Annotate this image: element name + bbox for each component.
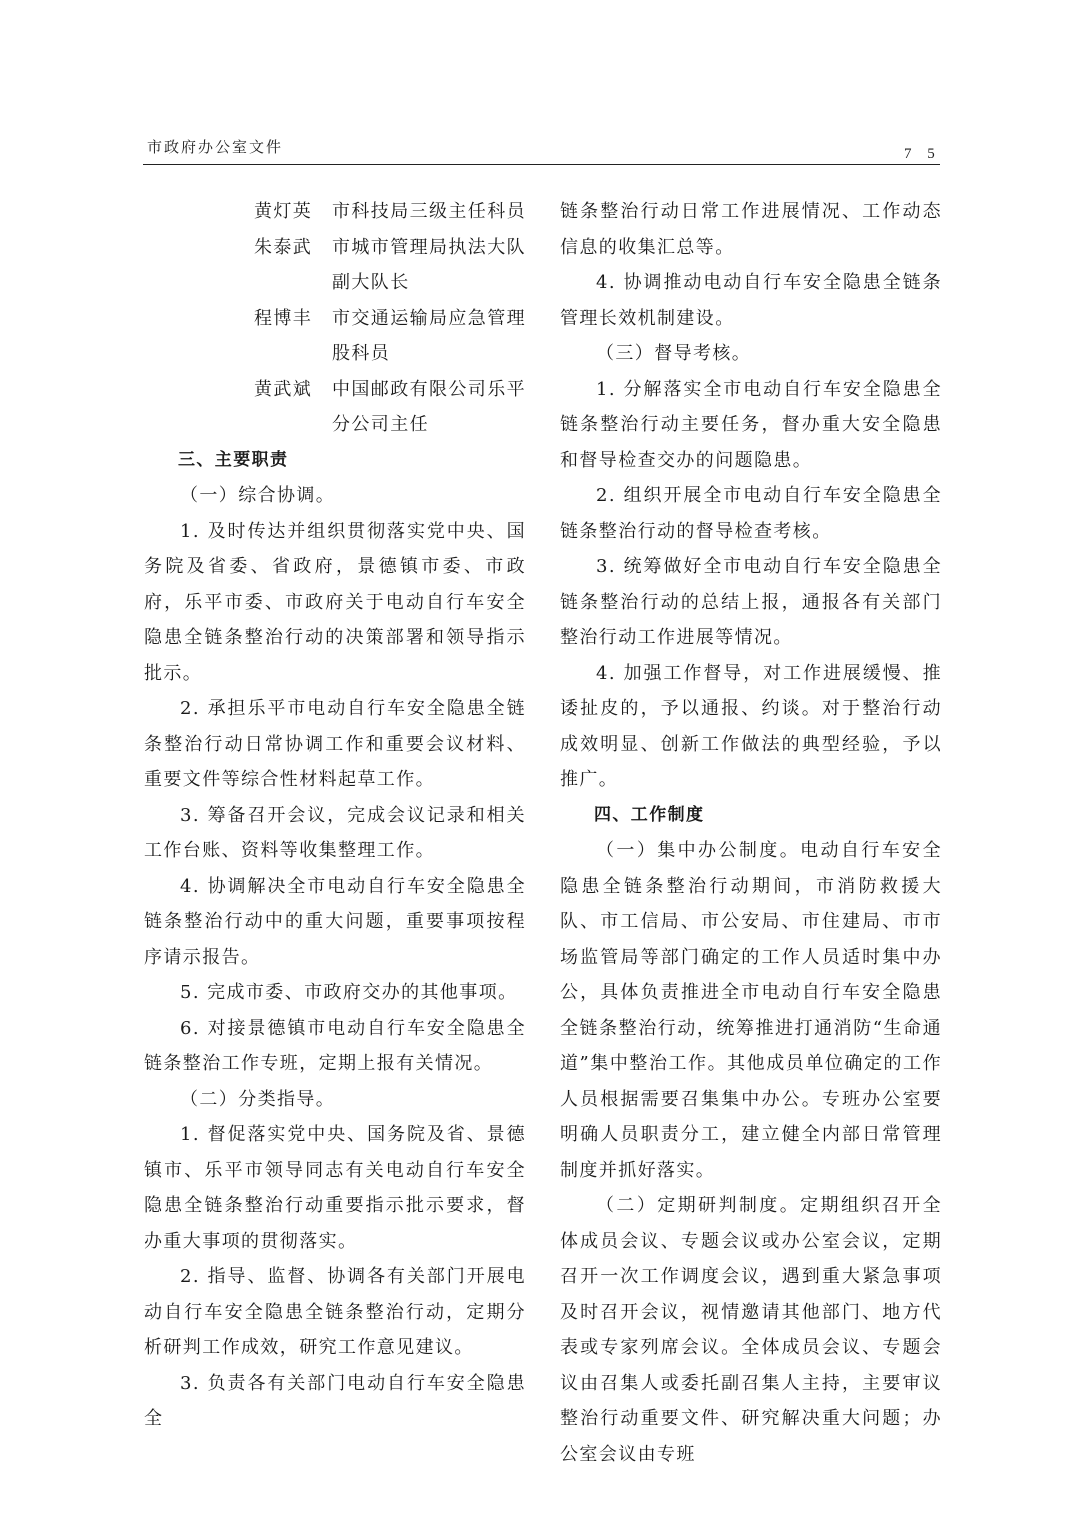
subsection-heading-guidance: （二）分类指导。 [144,1082,526,1118]
section-heading-responsibilities: 三、主要职责 [144,443,526,479]
member-title: 市科技局三级主任科员 [332,194,526,230]
member-name: 朱泰武 [254,230,332,301]
page-number: 7 5 [904,146,941,163]
member-title: 市城市管理局执法大队副大队长 [332,230,526,301]
paragraph: 4. 协调解决全市电动自行车安全隐患全链条整治行动中的重大问题，重要事项按程序请… [144,869,526,976]
paragraph: 1. 分解落实全市电动自行车安全隐患全链条整治行动主要任务，督办重大安全隐患和督… [560,372,942,479]
member-title: 市交通运输局应急管理股科员 [332,301,526,372]
paragraph-continuation: 链条整治行动日常工作进展情况、工作动态信息的收集汇总等。 [560,194,942,265]
left-column: 黄灯英 市科技局三级主任科员 朱泰武 市城市管理局执法大队副大队长 程博丰 市交… [144,194,526,1437]
paragraph: 3. 统筹做好全市电动自行车安全隐患全链条整治行动的总结上报，通报各有关部门整治… [560,549,942,656]
right-column: 链条整治行动日常工作进展情况、工作动态信息的收集汇总等。 4. 协调推动电动自行… [560,194,942,1472]
header-title: 市政府办公室文件 [147,136,283,157]
member-name: 程博丰 [254,301,332,372]
paragraph: 3. 筹备召开会议，完成会议记录和相关工作台账、资料等收集整理工作。 [144,798,526,869]
member-name: 黄武斌 [254,372,332,443]
paragraph: 1. 及时传达并组织贯彻落实党中央、国务院及省委、省政府，景德镇市委、市政府，乐… [144,514,526,692]
subsection-heading-supervision: （三）督导考核。 [560,336,942,372]
paragraph: 2. 指导、监督、协调各有关部门开展电动自行车安全隐患全链条整治行动，定期分析研… [144,1259,526,1366]
section-heading-work-system: 四、工作制度 [560,798,942,834]
paragraph: 6. 对接景德镇市电动自行车安全隐患全链条整治工作专班，定期上报有关情况。 [144,1011,526,1082]
paragraph: 5. 完成市委、市政府交办的其他事项。 [144,975,526,1011]
paragraph: 1. 督促落实党中央、国务院及省、景德镇市、乐平市领导同志有关电动自行车安全隐患… [144,1117,526,1259]
member-row: 黄灯英 市科技局三级主任科员 [254,194,526,230]
paragraph: 4. 加强工作督导，对工作进展缓慢、推诿扯皮的，予以通报、约谈。对于整治行动成效… [560,656,942,798]
member-row: 朱泰武 市城市管理局执法大队副大队长 [254,230,526,301]
paragraph: 2. 承担乐平市电动自行车安全隐患全链条整治行动日常协调工作和重要会议材料、重要… [144,691,526,798]
paragraph: 2. 组织开展全市电动自行车安全隐患全链条整治行动的督导检查考核。 [560,478,942,549]
paragraph: （一）集中办公制度。电动自行车安全隐患全链条整治行动期间，市消防救援大队、市工信… [560,833,942,1188]
member-row: 黄武斌 中国邮政有限公司乐平分公司主任 [254,372,526,443]
header-divider [143,164,940,165]
paragraph: 4. 协调推动电动自行车安全隐患全链条管理长效机制建设。 [560,265,942,336]
paragraph: 3. 负责各有关部门电动自行车安全隐患全 [144,1366,526,1437]
member-title: 中国邮政有限公司乐平分公司主任 [332,372,526,443]
subsection-heading-coordination: （一）综合协调。 [144,478,526,514]
member-row: 程博丰 市交通运输局应急管理股科员 [254,301,526,372]
paragraph: （二）定期研判制度。定期组织召开全体成员会议、专题会议或办公室会议，定期召开一次… [560,1188,942,1472]
member-name: 黄灯英 [254,194,332,230]
